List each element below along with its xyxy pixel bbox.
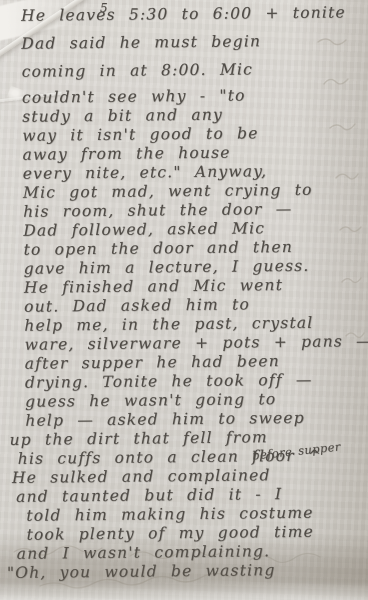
letter-body: He leaves 5:30 to 6:00 + tonite Dad said… (21, 3, 368, 583)
handwritten-line: He leaves 5:30 to 6:00 + tonite (21, 3, 363, 26)
handwritten-line: "Oh, you would be wasting (7, 560, 368, 583)
handwritten-line: ware, silverware + pots + pans — (24, 332, 366, 355)
handwritten-line: coming in at 8:00. Mic (22, 59, 364, 82)
handwritten-line: Dad said he must begin (21, 31, 363, 54)
letter-page: 5 He leaves 5:30 to 6:00 + tonite Dad sa… (0, 0, 368, 600)
